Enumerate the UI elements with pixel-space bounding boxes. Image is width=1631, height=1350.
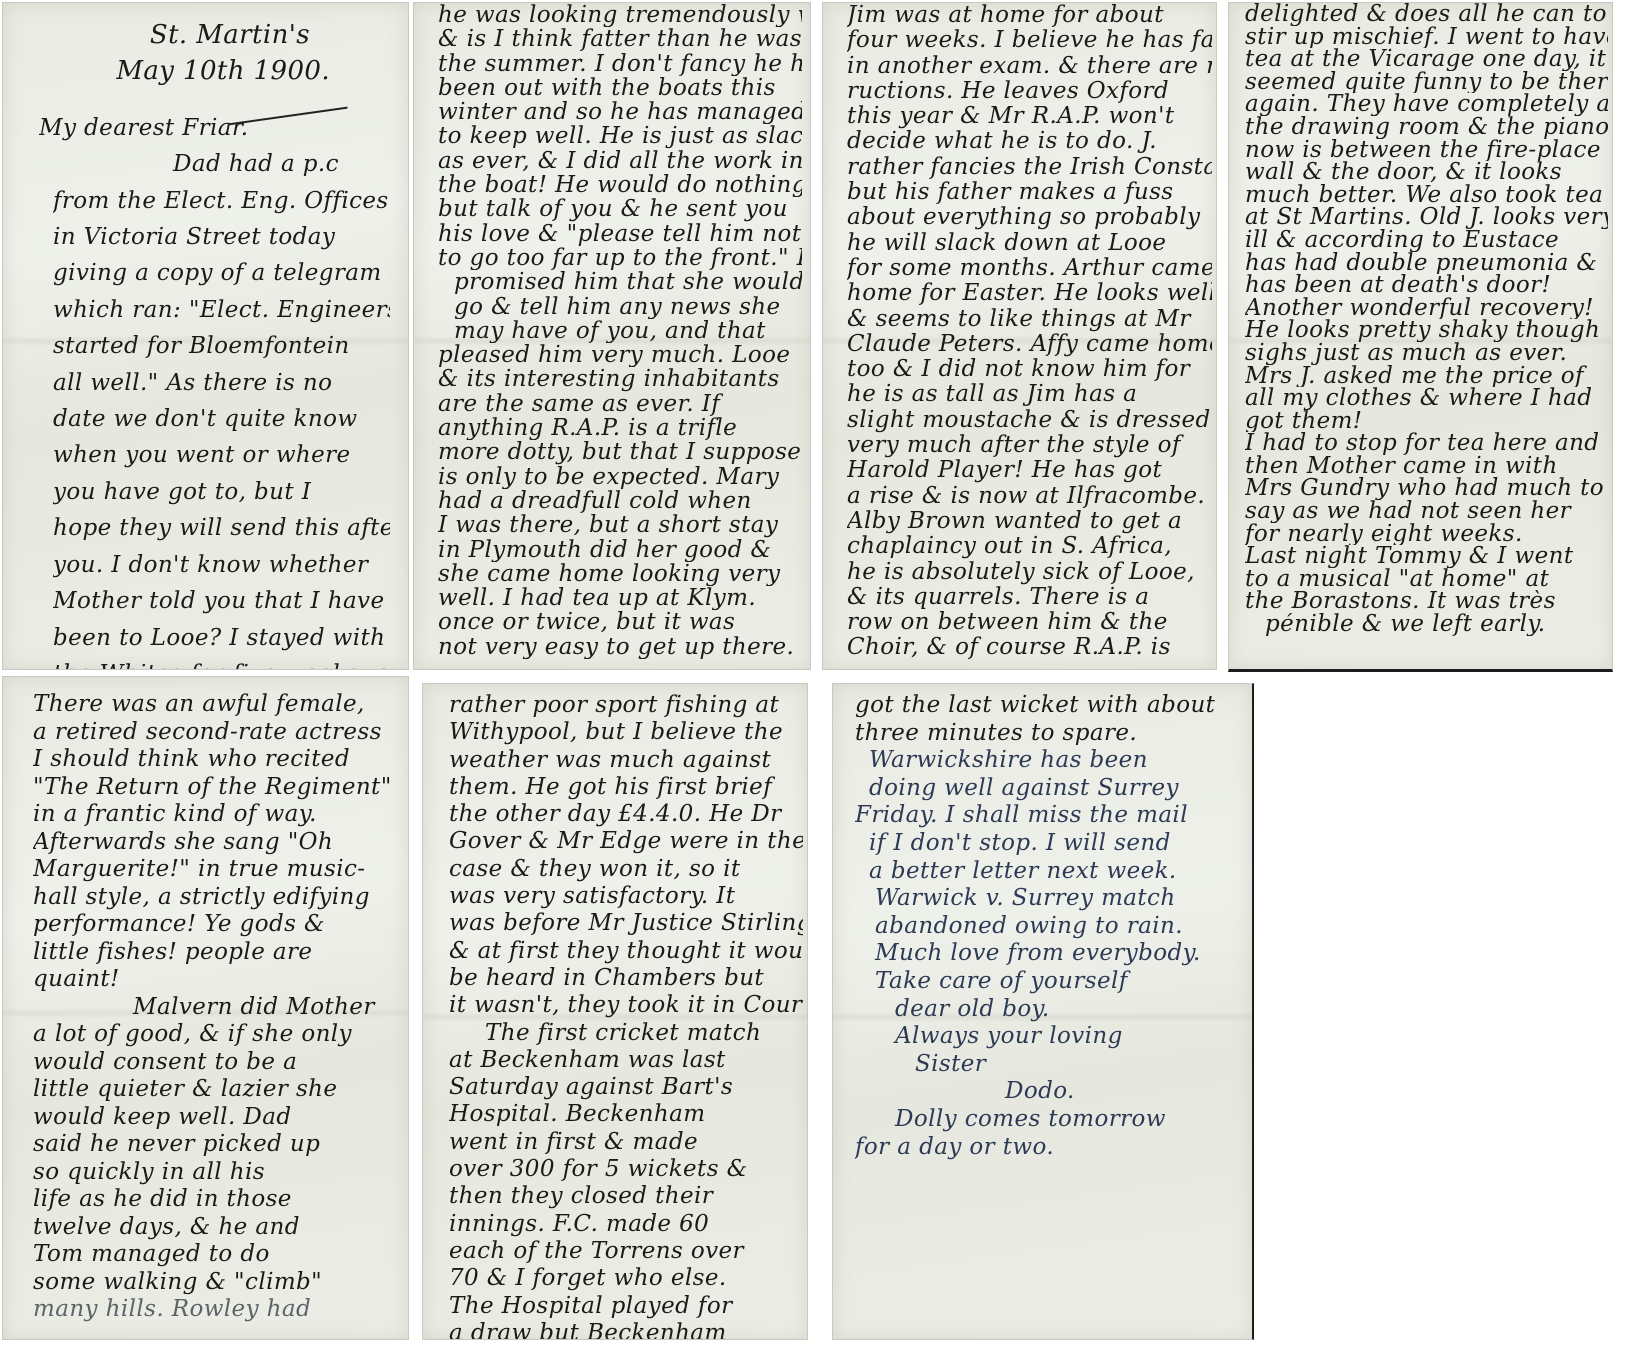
letter-page-2: he was looking tremendously well, & is I… [413, 2, 811, 670]
page-7-text: got the last wicket with about three min… [855, 692, 1248, 1161]
letter-page-1: St. Martin's May 10th 1900. My dearest F… [2, 2, 409, 670]
page-3-text: Jim was at home for about four weeks. I … [847, 3, 1212, 661]
letter-page-7: got the last wicket with about three min… [832, 683, 1254, 1340]
letter-page-3: Jim was at home for about four weeks. I … [822, 2, 1217, 670]
letter-place: St. Martin's [53, 17, 390, 53]
signature: Dodo. [855, 1078, 1248, 1106]
letter-page-5: There was an awful female, a retired sec… [2, 676, 409, 1340]
salutation: My dearest Friar. [39, 110, 390, 146]
page-1-text: St. Martin's May 10th 1900. My dearest F… [53, 17, 390, 670]
letter-date: May 10th 1900. [53, 53, 390, 89]
letter-page-4: delighted & does all he can to stir up m… [1228, 2, 1613, 672]
page-2-text: he was looking tremendously well, & is I… [438, 3, 802, 659]
page-6-text: rather poor sport fishing at Withypool, … [449, 692, 803, 1340]
page-4-text: delighted & does all he can to stir up m… [1245, 3, 1608, 636]
letter-page-6: rather poor sport fishing at Withypool, … [422, 683, 808, 1340]
page-5-text: There was an awful female, a retired sec… [33, 691, 402, 1324]
